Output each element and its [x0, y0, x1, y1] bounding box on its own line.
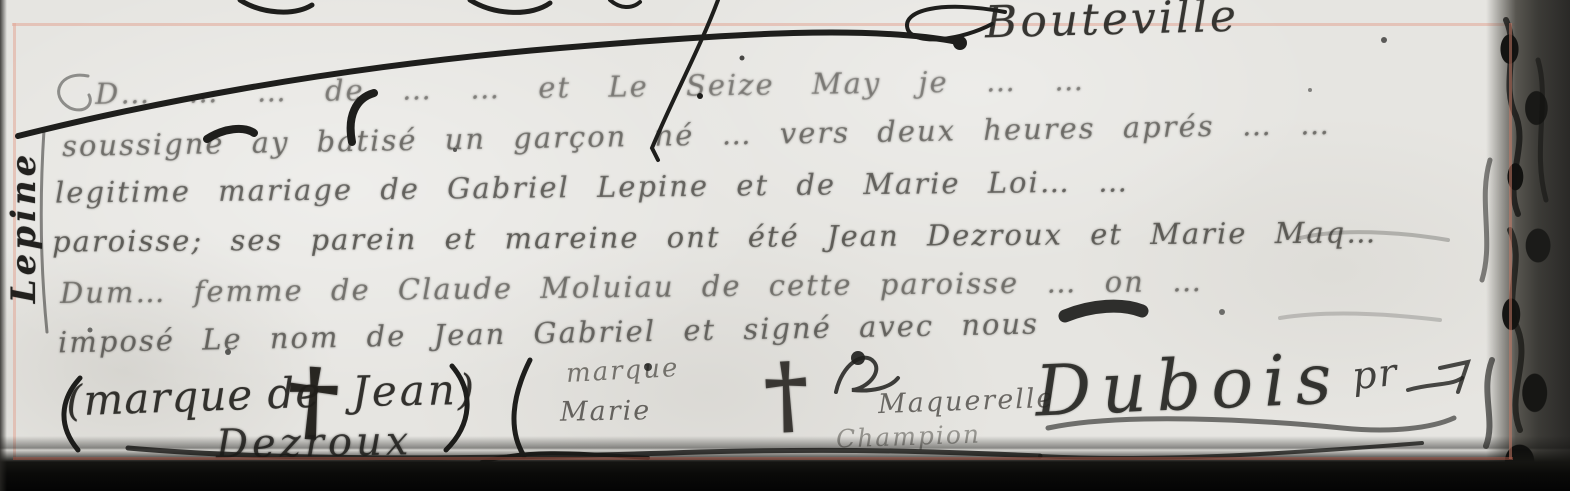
mark-name-jean: Jean): [352, 365, 478, 416]
page-edge-shadow-left: [0, 0, 7, 491]
parish-register-scan: Lepine Bouteville D… … … de … … et Le Se…: [0, 0, 1570, 491]
page-edge-shadow-bottom: [0, 436, 1570, 491]
mark-name-marie: Marie: [560, 395, 652, 428]
handwritten-line: D… … … de … … et Le Seize May je … …: [95, 63, 1085, 111]
handwritten-line: imposé Le nom de Jean Gabriel et signé a…: [58, 307, 1040, 360]
priest-title-abbrev: pr: [1350, 350, 1401, 399]
cross-mark-icon: †: [762, 351, 811, 439]
priest-signature-dubois: Dubois: [1033, 337, 1343, 432]
ruled-border-right: [1509, 23, 1512, 459]
place-heading: Bouteville: [984, 0, 1239, 48]
mark-caption-jean: (marque de: [65, 368, 322, 426]
handwritten-line: paroisse; ses parein et mareine ont été …: [52, 215, 1377, 258]
page-edge-shadow-right: [1486, 0, 1570, 491]
handwritten-line: soussigné ay batisé un garçon né … vers …: [62, 107, 1332, 163]
ruled-border-top: [12, 23, 1516, 26]
margin-surname-note: Lepine: [4, 132, 44, 322]
handwritten-line: legitime mariage de Gabriel Lepine et de…: [55, 164, 1129, 209]
mark-surname-maquerelle: Maquerelle: [878, 383, 1056, 420]
handwritten-line: Dum… femme de Claude Moluiau de cette pa…: [60, 264, 1203, 310]
ruled-border-bottom: [13, 457, 1513, 460]
mark-caption-marie: marque: [565, 353, 680, 389]
